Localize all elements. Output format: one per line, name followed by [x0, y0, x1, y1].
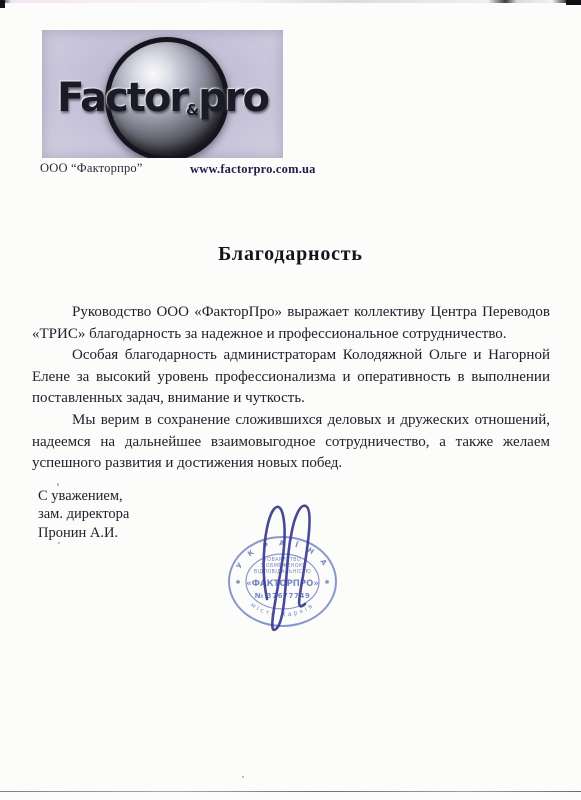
letter-paragraph: Руководство ООО «ФакторПро» выражает кол… — [32, 302, 550, 345]
signature-block: С уважением, зам. директора Пронин А.И. — [38, 487, 129, 542]
logo-word-factor: Factor — [57, 75, 187, 121]
seal-star-left: ✱ — [235, 579, 240, 586]
scanned-letter-page: Factor&pro ООО “Факторпро” www.factorpro… — [0, 0, 581, 800]
company-name-label: ООО “Факторпро” — [40, 161, 143, 176]
letter-body: Руководство ООО «ФакторПро» выражает кол… — [32, 302, 550, 475]
company-logo: Factor&pro — [42, 30, 283, 158]
letter-paragraph: Особая благодарность администраторам Кол… — [32, 345, 550, 410]
letter-title: Благодарность — [0, 243, 581, 266]
scan-edge-artifact-bottom — [0, 791, 581, 792]
seal-org-code: № 37677749 — [255, 592, 311, 600]
letter-paragraph: Мы верим в сохранение сложившихся деловы… — [32, 410, 550, 475]
scan-corner-mark-left — [0, 0, 5, 8]
company-website: www.factorpro.com.ua — [190, 162, 316, 177]
scan-speck — [58, 542, 60, 544]
closing-name: Пронин А.И. — [38, 524, 129, 542]
scan-speck — [242, 776, 244, 778]
closing-salutation: С уважением, — [38, 487, 129, 505]
logo-wordmark: Factor&pro — [42, 78, 283, 130]
scan-corner-mark-right — [566, 0, 581, 5]
closing-position: зам. директора — [38, 505, 129, 523]
stamp-and-signature: У К Р А Ї Н А місто Харків ✱ ✱ ТОВАРИСТВ… — [212, 494, 418, 670]
seal-org-name: «ФАКТОРПРО» — [246, 579, 319, 589]
logo-word-pro: pro — [198, 75, 268, 121]
seal-star-right: ✱ — [324, 579, 329, 586]
scan-speck — [57, 483, 59, 486]
scan-edge-artifact-top — [0, 0, 581, 3]
